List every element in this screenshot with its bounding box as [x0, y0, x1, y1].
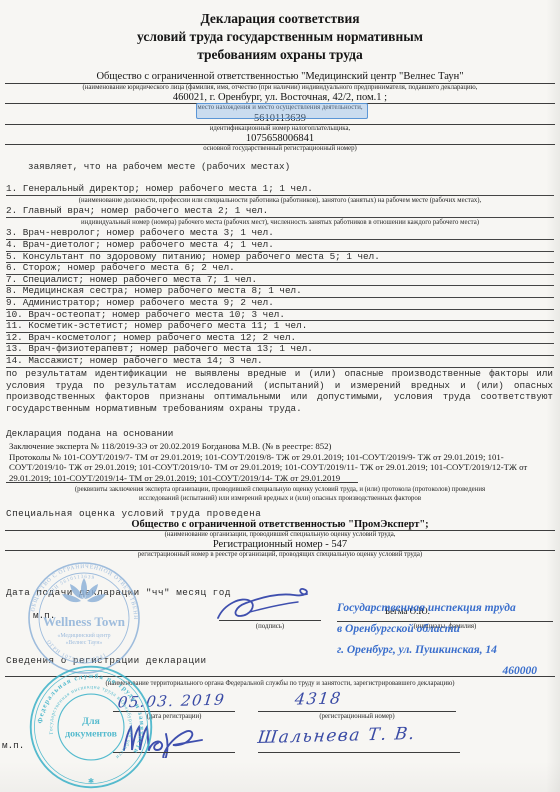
statement-line: заявляет, что на рабочем месте (рабочих …	[28, 161, 290, 172]
registrar-name: Шальнева Т. В.	[257, 724, 417, 748]
sout-heading: Специальная оценка условий труда проведе…	[6, 508, 261, 519]
registration-number-caption: (регистрационный номер)	[258, 713, 456, 721]
org-ogrn-field: 1075658006841	[5, 133, 555, 145]
sout-reg-number: Регистрационный номер - 547	[5, 539, 555, 551]
declaration-document: Декларация соответствия условий труда го…	[0, 0, 560, 792]
mp-mark-2: м.п.	[2, 740, 24, 751]
workplace-row: 7. Специалист; номер рабочего места 7; 1…	[6, 275, 554, 287]
docs-stamp-center-2: документов	[65, 728, 118, 739]
title-line-2: условий труда государственным нормативны…	[0, 28, 560, 46]
basis-caption-2: исследований (испытаний) или измерений в…	[10, 495, 550, 503]
org-name-caption: (наименование юридического лица (фамилия…	[5, 84, 555, 92]
title-line-1: Декларация соответствия	[0, 10, 560, 28]
workplace-row-caption: (наименование должности, профессии или с…	[6, 196, 554, 207]
org-name-field: Общество с ограниченной ответственностью…	[5, 71, 555, 84]
page-title: Декларация соответствия условий труда го…	[0, 10, 560, 64]
inn-highlight-box	[196, 103, 368, 119]
conclusion-paragraph: по результатам идентификации не выявлены…	[6, 368, 553, 415]
workplace-row: 2. Главный врач; номер рабочего места 2;…	[6, 206, 554, 218]
basis-caption-1: (реквизиты заключения эксперта организац…	[10, 486, 550, 494]
workplace-list: 1. Генеральный директор; номер рабочего …	[6, 184, 554, 368]
sout-org-name: Общество с ограниченной ответственностью…	[5, 519, 555, 531]
protocols-underline	[6, 482, 358, 483]
gov-stamp-line-1: Государственная инспекция труда	[337, 598, 555, 619]
workplace-row: 3. Врач-невролог; номер рабочего места 3…	[6, 228, 554, 240]
org-inn-caption: идентификационный номер налогоплательщик…	[5, 125, 555, 133]
workplace-row: 5. Консультант по здоровому питанию; ном…	[6, 252, 554, 264]
gov-inspection-round-stamp: Федеральная служба по труду и занятости …	[22, 662, 160, 792]
gov-stamp-line-3: г. Оренбург, ул. Пушкинская, 14	[337, 640, 555, 661]
registrar-name-line	[258, 752, 460, 753]
wellness-subtitle-2: «Велнес Таун»	[66, 640, 103, 646]
gov-inspection-address-stamp: Государственная инспекция труда в Оренбу…	[337, 598, 555, 682]
registration-number-value: 4318	[294, 688, 343, 708]
sout-org-block: Общество с ограниченной ответственностью…	[5, 519, 555, 560]
expert-conclusion-line: Заключение эксперта № 118/2019-ЗЭ от 20.…	[9, 441, 555, 451]
gov-stamp-line-2: в Оренбургской области	[337, 619, 555, 640]
org-ogrn-caption: основной государственный регистрационный…	[5, 145, 555, 153]
wellness-town-stamp: ОБЩЕСТВО С ОГРАНИЧЕННОЙ ОТВЕТСТВЕННОСТЬЮ…	[26, 560, 142, 676]
workplace-row: 13. Врач-физиотерапевт; номер рабочего м…	[6, 344, 554, 356]
wellness-subtitle-1: «Медицинский центр	[57, 632, 110, 639]
workplace-row: 11. Косметик-эстетист; номер рабочего ме…	[6, 321, 554, 333]
signature-line	[219, 620, 321, 621]
workplace-row: 12. Врач-косметолог; номер рабочего мест…	[6, 333, 554, 345]
sout-reg-caption: регистрационный номер в реестре организа…	[5, 551, 555, 559]
workplace-row: 10. Врач-остеопат; номер рабочего места …	[6, 310, 554, 322]
workplace-row: 8. Медицинская сестра; номер рабочего ме…	[6, 286, 554, 298]
workplace-row: 6. Сторож; номер рабочего места 6; 2 чел…	[6, 263, 554, 275]
workplace-row: 1. Генеральный директор; номер рабочего …	[6, 184, 554, 196]
docs-stamp-star: ✱	[88, 777, 95, 786]
workplace-row: 14. Массажист; номер рабочего места 14; …	[6, 356, 554, 368]
basis-heading: Декларация подана на основании	[6, 428, 173, 439]
workplace-row: 4. Врач-диетолог; номер рабочего места 4…	[6, 240, 554, 252]
wellness-name: Wellness Town	[43, 614, 126, 629]
sout-org-caption: (наименование организации, проводившей с…	[5, 531, 555, 539]
workplace-row-caption: индивидуальный номер (номера) рабочего м…	[6, 218, 554, 229]
registration-number-line	[258, 711, 456, 712]
gov-stamp-zip: 460000	[337, 661, 555, 682]
protocols-text: Протоколы № 101-СОУТ/2019/7- ТМ от 29.01…	[9, 452, 555, 483]
signature-caption: (подпись)	[219, 623, 321, 631]
title-line-3: требованиям охраны труда	[0, 46, 560, 64]
workplace-row: 9. Администратор; номер рабочего места 9…	[6, 298, 554, 310]
docs-stamp-center-1: Для	[82, 716, 100, 727]
